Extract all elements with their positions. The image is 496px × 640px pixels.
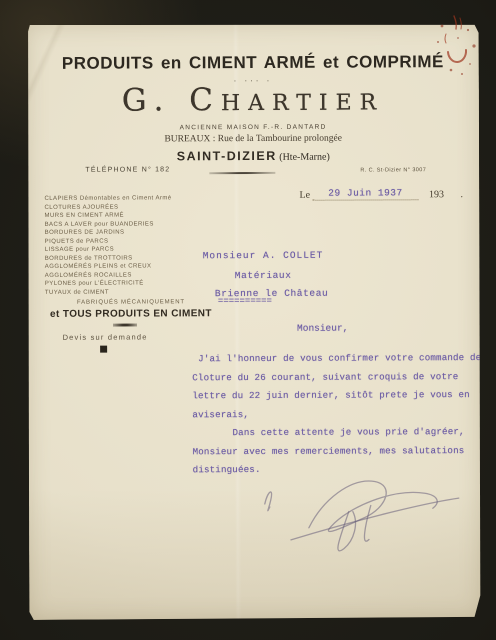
body-line: lettre du 22 juin dernier, sitôt prete j… [192, 386, 488, 406]
body-line: aviserais, [192, 405, 488, 425]
salutation: Monsieur, [297, 323, 348, 334]
divider-rule [209, 172, 275, 174]
offices-address-line: BUREAUX : Rue de la Tambourine prolongée [27, 133, 479, 145]
recipient-name: Monsieur A. COLLET [203, 250, 324, 262]
products-all-cement-line: et TOUS PRODUITS EN CIMENT [40, 308, 222, 320]
city-department: (Hte-Marne) [277, 152, 330, 163]
body-line: Dans cette attente je vous prie d'agréer… [232, 423, 488, 443]
product-item: TUYAUX de CIMENT [45, 288, 217, 297]
signature-handwriting [251, 459, 481, 560]
city-name: SAINT-DIZIER [177, 149, 277, 163]
recipient-underline: ========== [218, 296, 272, 306]
trade-registry-line: R. C. St-Dizier N° 3007 [360, 167, 426, 173]
products-mechanical-note: FABRIQUÉS MÉCANIQUEMENT [45, 299, 217, 306]
letter-paper: PRODUITS en CIMENT ARMÉ et COMPRIMÉ · ··… [27, 23, 482, 620]
date-prefix: Le [299, 190, 310, 201]
company-name: G. Chartier [27, 81, 479, 119]
product-list: CLAPIERS Démontables en Ciment ArméCLOTU… [44, 194, 216, 297]
ink-square-mark [100, 346, 107, 353]
city-line: SAINT-DIZIER (Hte-Marne) [27, 146, 479, 166]
ink-stain [424, 12, 484, 80]
printed-year: 193 [429, 189, 444, 200]
quote-note: Devis sur demande [45, 332, 165, 342]
body-line: Cloture du 26 courant, suivant croquis d… [192, 368, 488, 388]
telephone-line: TÉLÉPHONE N° 182 [85, 166, 170, 173]
list-ornament [113, 324, 137, 327]
date-line: Le 29 Juin 1937 193 . [299, 187, 463, 201]
letterhead-title: PRODUITS en CIMENT ARMÉ et COMPRIMÉ [27, 52, 479, 74]
body-paragraph-1: J'ai l'honneur de vous confirmer votre c… [192, 349, 488, 425]
date-suffix: . [460, 189, 463, 200]
typed-date: 29 Juin 1937 [312, 187, 418, 200]
former-house-line: ANCIENNE MAISON F.-R. DANTARD [27, 123, 479, 132]
body-line: J'ai l'honneur de vous confirmer votre c… [198, 349, 488, 369]
scanned-letter-page: PRODUITS en CIMENT ARMÉ et COMPRIMÉ · ··… [0, 0, 496, 640]
recipient-trade: Matériaux [235, 270, 292, 281]
